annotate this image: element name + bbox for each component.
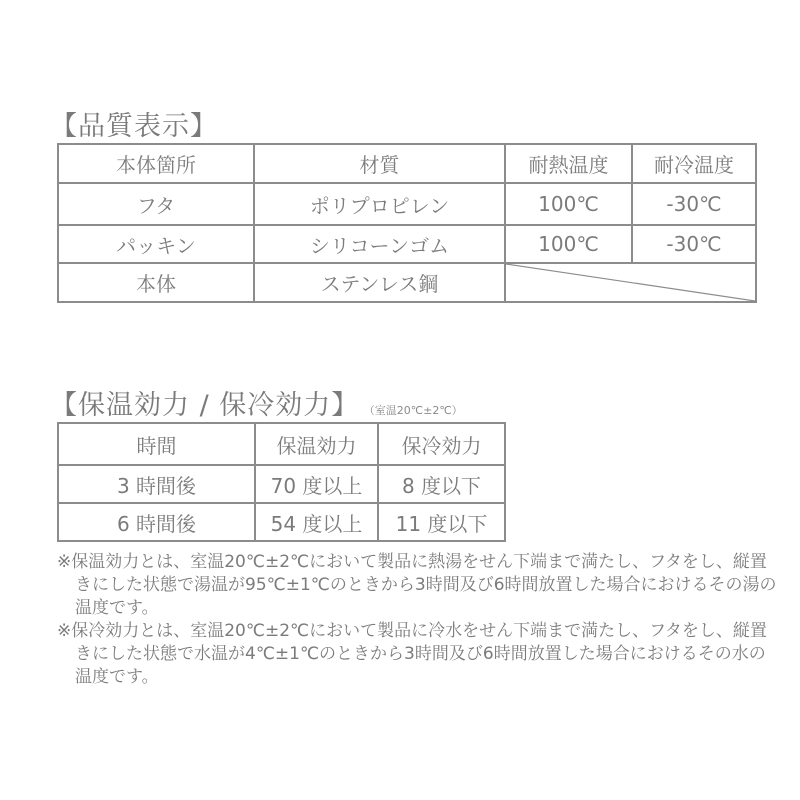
diagonal-slash [506,264,755,301]
table-row: 本体 ステンレス鋼 [58,263,756,302]
retention-title-text: 【保温効力 / 保冷効力】 [50,390,359,421]
header-part: 本体箇所 [58,144,254,183]
footnotes: ※保温効力とは、室温20℃±2℃において製品に熱湯をせん下端まで満たし、フタをし… [57,551,777,689]
cell-material: ポリプロピレン [254,183,505,225]
retention-title: 【保温効力 / 保冷効力】（室温20℃±2℃） [50,383,463,422]
note-warm: ※保温効力とは、室温20℃±2℃において製品に熱湯をせん下端まで満たし、フタをし… [57,551,777,620]
not-applicable-cell [505,263,756,302]
header-cool: 保冷効力 [378,423,505,465]
header-cold-resistance: 耐冷温度 [632,144,756,183]
cell-cool: 8 度以下 [378,465,505,503]
cell-cool: 11 度以下 [378,503,505,541]
quality-table: 本体箇所 材質 耐熱温度 耐冷温度 フタ ポリプロピレン 100℃ -30℃ パ… [57,143,757,303]
cell-part: 本体 [58,263,254,302]
cell-warm: 54 度以上 [255,503,378,541]
table-row: 3 時間後 70 度以上 8 度以下 [58,465,505,503]
header-heat-resistance: 耐熱温度 [505,144,632,183]
table-header-row: 時間 保温効力 保冷効力 [58,423,505,465]
note-cool: ※保冷効力とは、室温20℃±2℃において製品に冷水をせん下端まで満たし、フタをし… [57,620,777,689]
cell-time: 6 時間後 [58,503,255,541]
cell-time: 3 時間後 [58,465,255,503]
cell-part: パッキン [58,225,254,263]
table-row: フタ ポリプロピレン 100℃ -30℃ [58,183,756,225]
table-header-row: 本体箇所 材質 耐熱温度 耐冷温度 [58,144,756,183]
header-warm: 保温効力 [255,423,378,465]
header-material: 材質 [254,144,505,183]
cell-cold: -30℃ [632,225,756,263]
quality-title: 【品質表示】 [50,104,218,143]
retention-table: 時間 保温効力 保冷効力 3 時間後 70 度以上 8 度以下 6 時間後 54… [57,422,506,542]
table-row: 6 時間後 54 度以上 11 度以下 [58,503,505,541]
header-time: 時間 [58,423,255,465]
room-temp-condition: （室温20℃±2℃） [369,404,462,417]
cell-material: ステンレス鋼 [254,263,505,302]
cell-material: シリコーンゴム [254,225,505,263]
cell-part: フタ [58,183,254,225]
cell-heat: 100℃ [505,183,632,225]
cell-heat: 100℃ [505,225,632,263]
cell-cold: -30℃ [632,183,756,225]
table-row: パッキン シリコーンゴム 100℃ -30℃ [58,225,756,263]
cell-warm: 70 度以上 [255,465,378,503]
